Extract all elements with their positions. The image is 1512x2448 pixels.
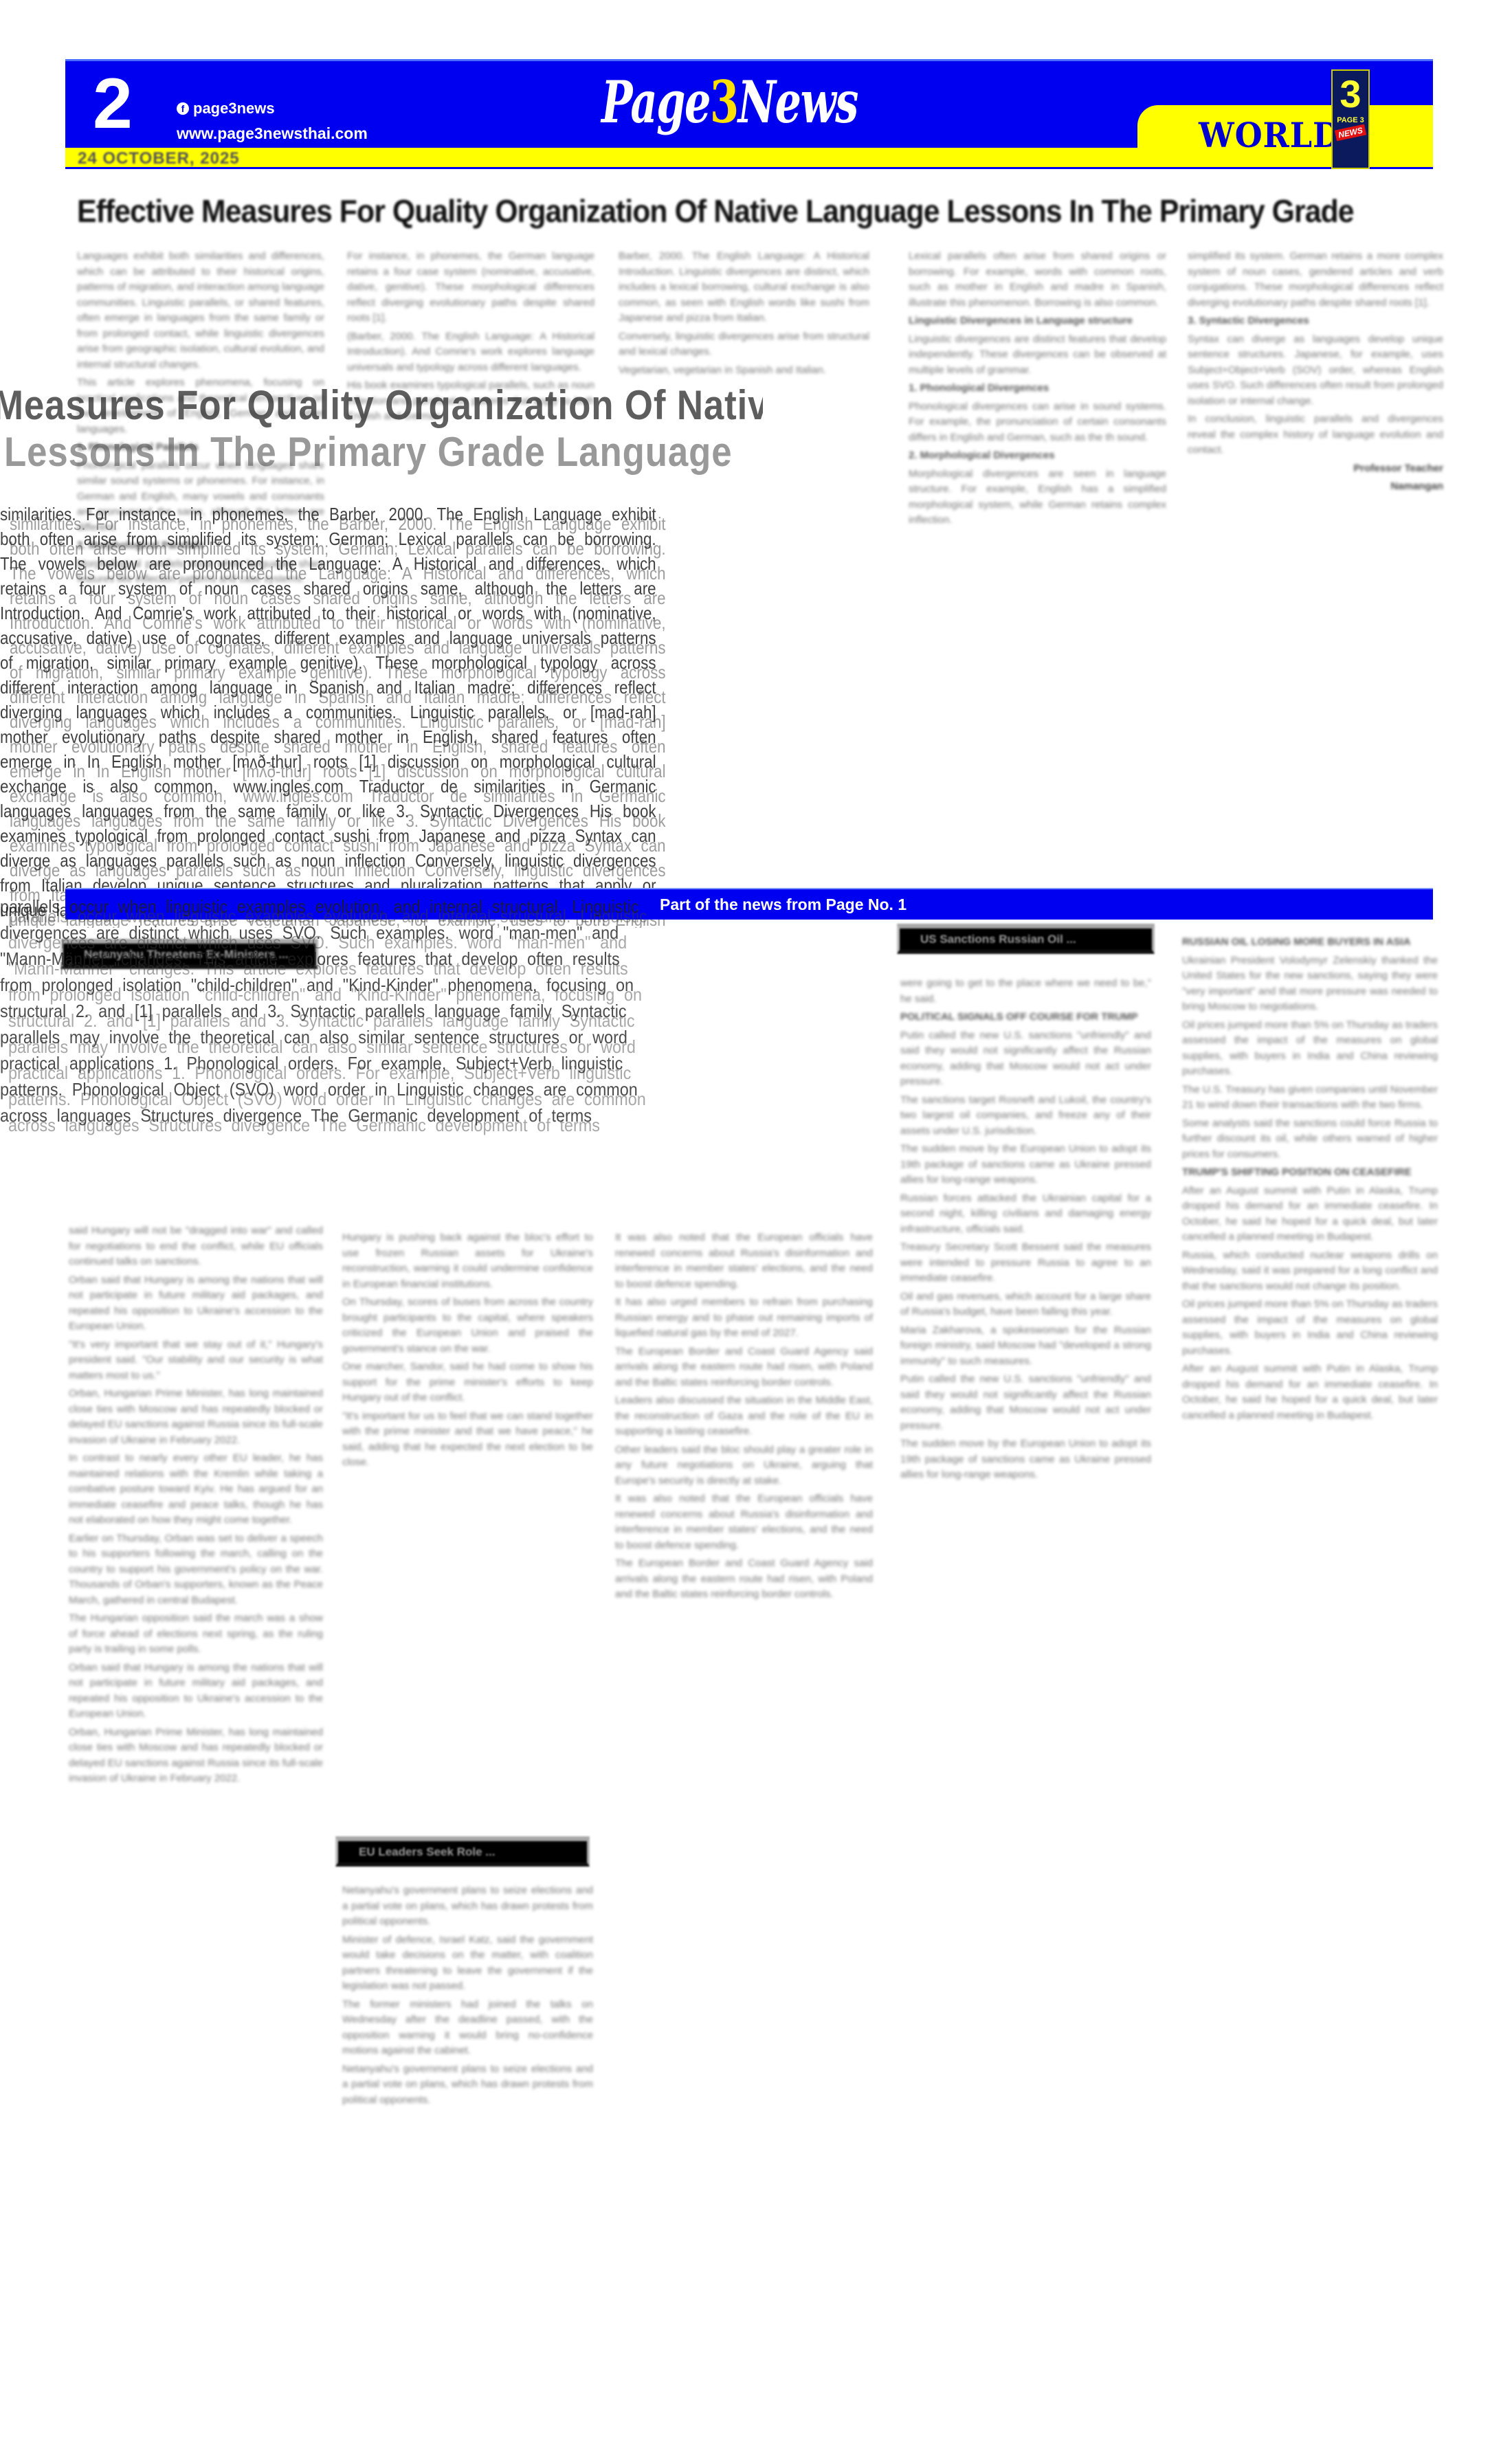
paragraph: One marcher, Sandor, said he had come to… [342,1359,593,1406]
paragraph: Vegetarian, vegetarian in Spanish and It… [619,363,869,379]
paragraph: The U.S. Treasury has given companies un… [1182,1082,1438,1113]
paragraph: The European Border and Coast Guard Agen… [615,1344,873,1391]
paragraph: It was also noted that the European offi… [615,1230,873,1292]
paragraph: Linguistic divergences are distinct feat… [909,332,1166,379]
newspaper-logo: Page3News [601,74,858,131]
social-handle: page3news [193,100,275,118]
paragraph: Conversely, linguistic divergences arise… [619,329,869,360]
paragraph: Languages exhibit both similarities and … [77,249,324,372]
paragraph: Orban said that Hungary is among the nat… [69,1660,323,1722]
lower-column-2b: Netanyahu's government plans to seize el… [342,1883,593,2392]
article-column-3: Barber, 2000. The English Language: A Hi… [619,249,869,881]
paragraph: Orban, Hungarian Prime Minister, has lon… [69,1725,323,1787]
badge-tag: NEWS [1335,124,1366,142]
paragraph: Maria Zakharova, a spokeswoman for the R… [900,1323,1151,1370]
logo-text-left: Page [601,68,710,136]
paragraph: Lexical parallels often arise from share… [909,249,1166,311]
article-column-2: For instance, in phonemes, the German la… [347,249,594,881]
article-column-1: Languages exhibit both similarities and … [77,249,324,881]
paragraph: "It's very important that we stay out of… [69,1337,323,1384]
lower-column-4: were going to get to the place where we … [900,976,1151,2392]
paragraph: simplified its system. German retains a … [1188,249,1443,311]
paragraph: Minister of defence, Israel Katz, said t… [342,1933,593,1994]
paragraph: It was also noted that the European offi… [615,1491,873,1553]
paragraph: Orban, Hungarian Prime Minister, has lon… [69,1386,323,1448]
paragraph: The sanctions target Rosneft and Lukoil,… [900,1093,1151,1139]
page3-badge-icon: 3 PAGE 3 NEWS [1331,69,1370,169]
paragraph: This article explores phenomena, focusin… [77,375,324,437]
paragraph: Earlier on Thursday, Orban was set to de… [69,1531,323,1609]
article-headline: Effective Measures For Quality Organizat… [77,192,1339,230]
subheading: RUSSIAN OIL LOSING MORE BUYERS IN ASIA [1182,935,1438,950]
subheading: 1. Phonological Divergences [909,381,1166,397]
page-number: 2 [93,68,133,140]
masthead: 2 f page3news www.page3newsthai.com 24 O… [65,59,1433,169]
paragraph: In conclusion, linguistic parallels and … [1188,412,1443,458]
paragraph: After an August summit with Putin in Ala… [1182,1361,1438,1423]
article-column-5: simplified its system. German retains a … [1188,249,1443,854]
issue-date: 24 OCTOBER, 2025 [78,149,240,168]
story-kicker-1[interactable]: Netanyahu Threatens Ex-Ministers ... [60,939,318,969]
paragraph: The sudden move by the European Union to… [900,1142,1151,1188]
paragraph: Phonological parallels occur when langua… [77,458,324,536]
paragraph: Ukrainian President Volodymyr Zelenskiy … [1182,953,1438,1015]
paragraph: For instance, in phonemes, the German la… [347,249,594,326]
paragraph: The sudden move by the European Union to… [900,1436,1151,1483]
paragraph: Some analysts said the sanctions could f… [1182,1116,1438,1163]
subheading: POLITICAL SIGNALS OFF COURSE FOR TRUMP [900,1010,1151,1025]
paragraph: said Hungary will not be "dragged into w… [69,1223,323,1270]
lower-column-5: RUSSIAN OIL LOSING MORE BUYERS IN ASIA U… [1182,935,1438,2392]
paragraph: Oil prices jumped more than 5% on Thursd… [1182,1297,1438,1359]
section-label: WORLD [1199,115,1341,155]
paragraph: Hungary is pushing back against the bloc… [342,1230,593,1292]
badge-number: 3 [1339,75,1361,113]
subheading: 2. Morphological Parallels [77,538,324,554]
paragraph: The European Border and Coast Guard Agen… [615,1556,873,1603]
article-column-4: Lexical parallels often arise from share… [909,249,1166,854]
website-link[interactable]: www.page3newsthai.com [177,124,368,143]
paragraph: Russia, which conducted nuclear weapons … [1182,1248,1438,1295]
lower-column-2: Hungary is pushing back against the bloc… [342,1230,593,1828]
logo-text-right: News [738,68,858,136]
paragraph: Barber, 2000. The English Language: A Hi… [619,249,869,326]
paragraph: "It's important for us to feel that we c… [342,1409,593,1471]
paragraph: Leaders also discussed the situation in … [615,1393,873,1440]
subheading: 2. Morphological Divergences [909,448,1166,464]
paragraph: Putin called the new U.S. sanctions "unf… [900,1372,1151,1434]
paragraph: Oil and gas revenues, which account for … [900,1289,1151,1320]
paragraph: (Barber, 2000. The English Language: A H… [347,329,594,376]
paragraph: Morphological parallels occur when langu… [77,557,324,588]
lower-column-1: said Hungary will not be "dragged into w… [69,1223,323,2392]
paragraph: Oil prices jumped more than 5% on Thursd… [1182,1018,1438,1080]
paragraph: Other leaders said the bloc should play … [615,1443,873,1489]
paragraph: Orban said that Hungary is among the nat… [69,1273,323,1335]
story-kicker-2[interactable]: US Sanctions Russian Oil ... [897,924,1155,954]
paragraph: Russian forces attacked the Ukrainian ca… [900,1191,1151,1238]
byline-location: Namangan [1188,479,1443,495]
paragraph: His book examines typological parallels,… [347,378,594,425]
paragraph: In contrast to nearly every other EU lea… [69,1451,323,1528]
story-kicker-3[interactable]: EU Leaders Seek Role ... [335,1836,590,1867]
paragraph: The Hungarian opposition said the march … [69,1611,323,1658]
subheading: Linguistic Divergences in Language struc… [909,313,1166,329]
paragraph: Netanyahu's government plans to seize el… [342,2062,593,2108]
ghost-text-lower: parallels occur when linguistic examples… [0,893,656,1128]
paragraph: Netanyahu's government plans to seize el… [342,1883,593,1930]
subheading: 3. Syntactic Divergences [1188,313,1443,329]
social-link[interactable]: f page3news [177,100,275,118]
paragraph: Syntax can diverge as languages develop … [1188,332,1443,410]
paragraph: After an August summit with Putin in Ala… [1182,1183,1438,1245]
paragraph: Morphological divergences are seen in la… [909,467,1166,528]
paragraph: On Thursday, scores of buses from across… [342,1295,593,1357]
subheading: 1. Phonological Parallels [77,440,324,456]
facebook-icon: f [177,102,189,115]
paragraph: were going to get to the place where we … [900,976,1151,1007]
paragraph: The former ministers had joined the talk… [342,1997,593,2059]
badge-label: PAGE 3 [1337,116,1364,124]
logo-three: 3 [710,68,738,136]
paragraph: Putin called the new U.S. sanctions "unf… [900,1028,1151,1090]
subheading: TRUMP'S SHIFTING POSITION ON CEASEFIRE [1182,1165,1438,1181]
byline: Professor Teacher [1188,461,1443,477]
paragraph: Treasury Secretary Scott Bessent said th… [900,1240,1151,1287]
lower-column-3: It was also noted that the European offi… [615,1230,873,2392]
paragraph: Phonological divergences can arise in so… [909,399,1166,446]
continuation-label: Part of the news from Page No. 1 [660,895,907,914]
paragraph: It has also urged members to refrain fro… [615,1295,873,1342]
continuation-bar: Part of the news from Page No. 1 [65,888,1433,920]
